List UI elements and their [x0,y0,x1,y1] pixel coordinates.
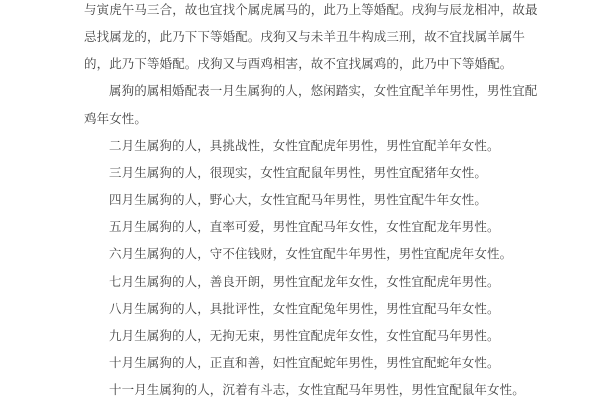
text-line: 的，此乃下等婚配。戌狗又与酉鸡相害，故不宜找属鸡的，此乃中下等婚配。 [84,51,554,78]
text-line: 忌找属龙的，此乃下下等婚配。戌狗又与未羊丑牛构成三刑，故不宜找属羊属牛 [84,24,554,51]
text-line: 二月生属狗的人，具挑战性，女性宜配虎年男性，男性宜配羊年女性。 [84,133,554,160]
text-line: 三月生属狗的人，很现实，女性宜配鼠年男性，男性宜配猪年女性。 [84,160,554,187]
text-line: 八月生属狗的人，具批评性，女性宜配兔年男性，男性宜配马年女性。 [84,296,554,323]
text-line: 九月生属狗的人，无拘无束，男性宜配虎年女性，女性宜配马年男性。 [84,323,554,350]
text-line: 五月生属狗的人，直率可爱，男性宜配马年女性，女性宜配龙年男性。 [84,214,554,241]
text-line: 十一月生属狗的人，沉着有斗志，女性宜配马年男性，男性宜配鼠年女性。 [84,377,554,400]
text-line: 十月生属狗的人，正直和善，妇性宜配蛇年男性，男性宜配蛇年女性。 [84,350,554,377]
text-line: 七月生属狗的人，善良开朗，男性宜配龙年女性，女性宜配虎年男性。 [84,269,554,296]
text-line: 鸡年女性。 [84,106,554,133]
text-line: 四月生属狗的人，野心大，女性宜配马年男性，男性宜配牛年女性。 [84,187,554,214]
text-line: 六月生属狗的人，守不住钱财，女性宜配牛年男性，男性宜配虎年女性。 [84,241,554,268]
text-line: 与寅虎午马三合，故也宜找个属虎属马的，此乃上等婚配。戌狗与辰龙相冲，故最 [84,0,554,24]
document-text-block: 与寅虎午马三合，故也宜找个属虎属马的，此乃上等婚配。戌狗与辰龙相冲，故最 忌找属… [84,0,554,400]
document-page: 与寅虎午马三合，故也宜找个属虎属马的，此乃上等婚配。戌狗与辰龙相冲，故最 忌找属… [0,0,600,400]
text-line: 属狗的属相婚配表一月生属狗的人，悠闲踏实，女性宜配羊年男性，男性宜配 [84,78,554,105]
